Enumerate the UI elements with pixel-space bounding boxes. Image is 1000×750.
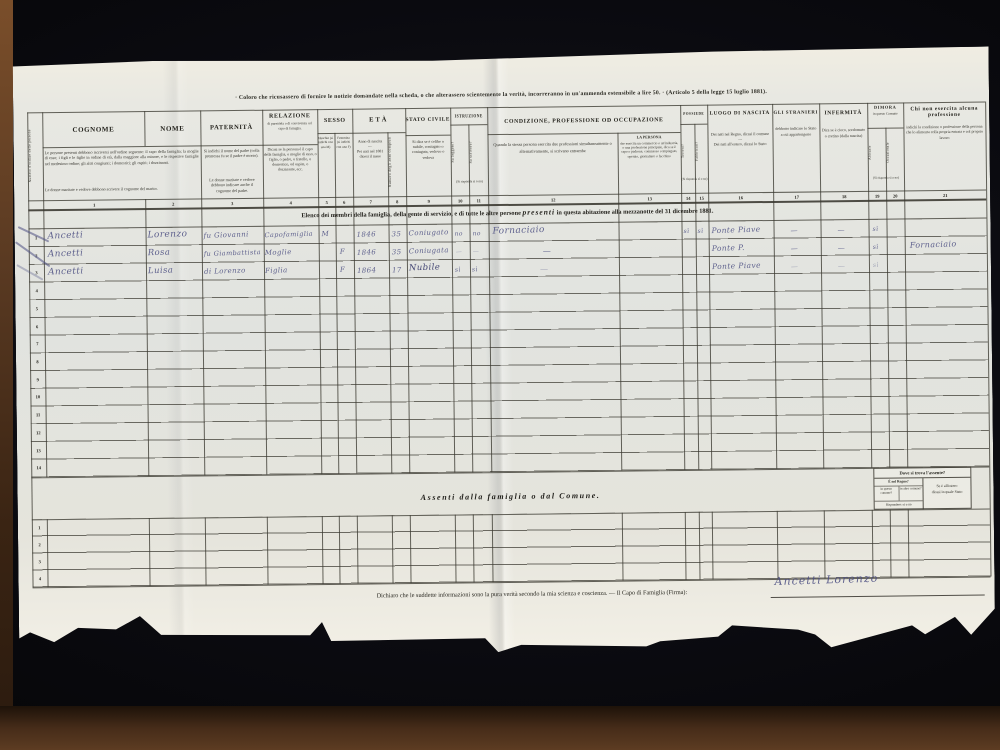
col-number: 5 xyxy=(318,198,335,207)
handwritten-entry: — xyxy=(791,263,799,271)
col-number: 8 xyxy=(388,197,406,206)
col-number: 12 xyxy=(488,195,618,205)
absent-location-box: Dove si trova l'assente? È nel Regno? in… xyxy=(873,467,971,510)
handwritten-entry: — xyxy=(838,244,846,252)
col-desc-paternita: Si indichi il nome del padre (colla prem… xyxy=(203,148,261,159)
col-desc-sa-leggere: Sa leggere? xyxy=(450,128,469,176)
col-desc-anni-compiuti: Numero degli anni compiuti xyxy=(387,134,406,190)
col-header-istruzione: ISTRUZIONE xyxy=(454,114,483,120)
col-desc-paternita-2: Le donne maritate e vedove debbono indic… xyxy=(203,177,261,194)
col-header-possiede: POSSIEDE xyxy=(681,112,706,117)
handwritten-entry: 1846 xyxy=(356,230,376,239)
handwritten-entry: Figlia xyxy=(265,266,288,275)
col-header-infermita: INFERMITÀ xyxy=(819,110,867,117)
absent-in-kingdom-cell: È nel Regno? in questo comune? in altro … xyxy=(874,478,923,510)
handwritten-entry: Ponte P. xyxy=(712,243,745,253)
col-header-relazione: RELAZIONE xyxy=(262,113,317,121)
handwritten-entry: — xyxy=(791,245,799,253)
col-desc-chi-non-esercita: indichi la condizione o professione dell… xyxy=(905,125,983,142)
section-title-highlight: presenti xyxy=(522,207,555,216)
col-number: 15 xyxy=(695,194,708,203)
handwritten-entry: Capofamiglia xyxy=(264,230,313,240)
col-desc-stato-civile: Si dica se è celibe o nubile, coniugato … xyxy=(408,139,449,160)
col-desc-fabbricati: Fabbricati? xyxy=(694,128,708,174)
handwritten-entry: Luisa xyxy=(148,265,174,276)
col-number: 16 xyxy=(708,193,773,203)
handwritten-entry: fu Giovanni xyxy=(203,230,248,239)
absent-this-commune-label: in questo comune? xyxy=(874,487,899,501)
col-number: 7 xyxy=(353,197,388,206)
handwritten-entry: Moglie xyxy=(265,248,292,257)
handwritten-entry: sì xyxy=(455,266,461,273)
handwritten-entry: 35 xyxy=(392,248,402,256)
handwritten-entry: — xyxy=(543,246,552,255)
handwritten-entry: di Lorenzo xyxy=(204,266,246,275)
col-desc-persona: che esercita un commercio o un'industria… xyxy=(620,141,679,158)
col-header-stato-civile: STATO CIVILE xyxy=(405,117,450,124)
handwritten-entry: 1864 xyxy=(357,266,377,275)
col-number: 19 xyxy=(868,192,886,201)
handwritten-entry: 17 xyxy=(392,266,402,274)
handwritten-entry: Lorenzo xyxy=(147,229,187,240)
handwritten-entry: Coniugato xyxy=(408,228,448,237)
handwritten-entry: — xyxy=(540,264,549,273)
signature-line xyxy=(771,595,985,598)
handwritten-entry: F xyxy=(340,248,346,256)
col-header-dimora-sub: in questo Comune xyxy=(867,111,903,116)
handwritten-entry: Ponte Piave xyxy=(711,225,760,236)
col-header-eta: ETÀ xyxy=(352,116,405,124)
table-surface-left xyxy=(0,0,13,750)
col-note-dimora: (Si risponda sì o no) xyxy=(866,175,906,180)
absent-abroad-label: Se è all'estero dicasi in quale Stato xyxy=(923,478,970,510)
handwritten-entry: M xyxy=(321,230,329,238)
col-number: 10 xyxy=(451,196,469,205)
col-header-cognome: COGNOME xyxy=(42,125,144,134)
col-number: 14 xyxy=(681,194,695,203)
absent-commune-options: in questo comune? in altro comune? xyxy=(874,486,922,501)
col-note-istruzione: (Si risponda sì o no) xyxy=(450,179,489,184)
handwritten-entry: Nubile xyxy=(409,262,441,273)
handwritten-entry: Ancetti xyxy=(48,248,84,259)
handwritten-entry: F xyxy=(340,266,346,274)
photo-scene: · Coloro che ricusassero di fornire le n… xyxy=(0,0,1000,750)
handwritten-entry: sì xyxy=(472,266,478,273)
col-number: 9 xyxy=(406,197,451,207)
col-header-dimora: DIMORA xyxy=(867,104,903,109)
col-desc-abituale: Abituale xyxy=(867,132,885,174)
col-desc-anno-nascita: Anno di nascita — Pei nati nel 1881 dice… xyxy=(354,139,387,160)
handwritten-entry: 35 xyxy=(391,230,401,238)
handwritten-entry: — xyxy=(790,227,798,235)
col-desc-occasionale: Occasionale xyxy=(885,131,903,173)
grid-line xyxy=(263,144,318,146)
row-numbers-main: 1 2 3 4 5 6 7 8 9 10 11 12 13 14 xyxy=(29,229,47,477)
col-desc-relazione: Dicasi se la persona è il capo della fam… xyxy=(264,147,317,173)
absent-other-commune-label: in altro comune? xyxy=(899,486,923,500)
handwritten-entry: 1846 xyxy=(357,248,377,257)
col-number: 1 xyxy=(43,200,145,210)
col-header-chi-non-esercita: Chi non esercita alcuna professione xyxy=(903,106,985,119)
col-desc-sesso-femmina: Femmina (si indichi con una F) xyxy=(335,136,351,149)
handwritten-entry: Rosa xyxy=(148,248,171,259)
col-number: 17 xyxy=(773,192,820,202)
col-desc-cognome-nome: Le persone presenti debbono iscriversi n… xyxy=(45,148,199,166)
grid-line xyxy=(405,135,450,137)
handwritten-entry: sì xyxy=(873,262,879,269)
handwritten-entry: — xyxy=(456,248,463,255)
handwritten-entry: Ancetti xyxy=(48,266,84,277)
handwritten-entry: sì xyxy=(683,228,689,235)
handwritten-entry: — xyxy=(473,248,480,255)
assenti-section-title: Assenti dalla famiglia o dal Comune. xyxy=(32,487,990,507)
absent-answer-note: Rispondere: sì o no xyxy=(875,500,923,510)
col-number: 11 xyxy=(469,196,488,205)
col-desc-terreni: Terreni? xyxy=(680,128,695,174)
col-note-possiede: (Si risponda sì o no) xyxy=(678,177,711,182)
col-header-condizione: CONDIZIONE, PROFESSIONE OD OCCUPAZIONE xyxy=(487,117,680,126)
col-header-relazione-sub: di parentela o di convivenza col capo di… xyxy=(264,121,315,131)
col-number: 21 xyxy=(904,191,986,201)
handwritten-entry: Coniugata xyxy=(409,246,449,255)
handwritten-entry: Fornaciaio xyxy=(492,225,545,237)
col-header-numero: Numero d'ordine delle persone xyxy=(27,114,43,198)
col-desc-stranieri: debbono indicare lo Stato a cui apparten… xyxy=(774,125,817,137)
col-desc-luogo: Dei nati nel Regno, dicasi il comune — D… xyxy=(709,131,770,147)
census-form-sheet: · Coloro che ricusassero di fornire le n… xyxy=(13,46,996,669)
handwritten-entry: — xyxy=(837,226,845,234)
col-number: 4 xyxy=(263,198,318,208)
col-number: 6 xyxy=(335,198,353,207)
handwritten-entry: Fornaciaio xyxy=(910,239,957,250)
absent-location-body: È nel Regno? in questo comune? in altro … xyxy=(874,478,970,510)
col-number: 18 xyxy=(820,192,868,202)
col-number: 3 xyxy=(201,199,263,209)
head-of-family-signature: Ancetti Lorenzo xyxy=(774,572,878,588)
col-desc-sesso-maschio: Maschio (si indichi con una M) xyxy=(317,136,333,149)
handwritten-entry: sì xyxy=(873,244,879,251)
penalty-warning: · Coloro che ricusassero di fornire le n… xyxy=(33,87,969,104)
handwritten-entry: no xyxy=(454,230,463,237)
handwritten-entry: Ancetti xyxy=(47,230,83,241)
section-title-post: in questa abitazione alla mezzanotte del… xyxy=(555,208,713,217)
handwritten-entry: no xyxy=(472,230,481,237)
handwritten-entry: Ponte Piave xyxy=(712,261,761,272)
handwritten-entry: sì xyxy=(697,228,703,235)
declaration-text: Dichiaro che le suddette informazioni so… xyxy=(377,589,688,600)
handwritten-entry: sì xyxy=(872,226,878,233)
handwritten-entry: — xyxy=(838,262,846,270)
col-header-nome: NOME xyxy=(144,124,200,133)
table-surface-bottom xyxy=(0,706,1000,750)
col-desc-cognome-nome-2: Le donne maritate e vedove debbono scriv… xyxy=(45,185,199,192)
col-header-luogo-nascita: LUOGO DI NASCITA xyxy=(707,111,772,118)
present-rows-grid xyxy=(29,219,990,478)
col-header-paternita: PATERNITÀ xyxy=(200,124,262,132)
col-header-sesso: SESSO xyxy=(317,118,352,125)
col-desc-infermita: Dica se è cieco, sordomuto o cretino (da… xyxy=(821,127,865,139)
col-desc-persona-title: LA PERSONA xyxy=(619,135,678,141)
col-header-stranieri: GLI STRANIERI xyxy=(772,110,819,116)
col-number: 13 xyxy=(618,194,681,204)
row-numbers-assenti: 1 2 3 4 xyxy=(32,519,48,587)
col-desc-sa-scrivere: Sa scrivere? xyxy=(468,128,488,176)
col-desc-condizione: Quando la stessa persona esercita due pr… xyxy=(492,141,614,156)
col-number: 20 xyxy=(886,191,904,200)
col-number: 2 xyxy=(145,199,201,209)
